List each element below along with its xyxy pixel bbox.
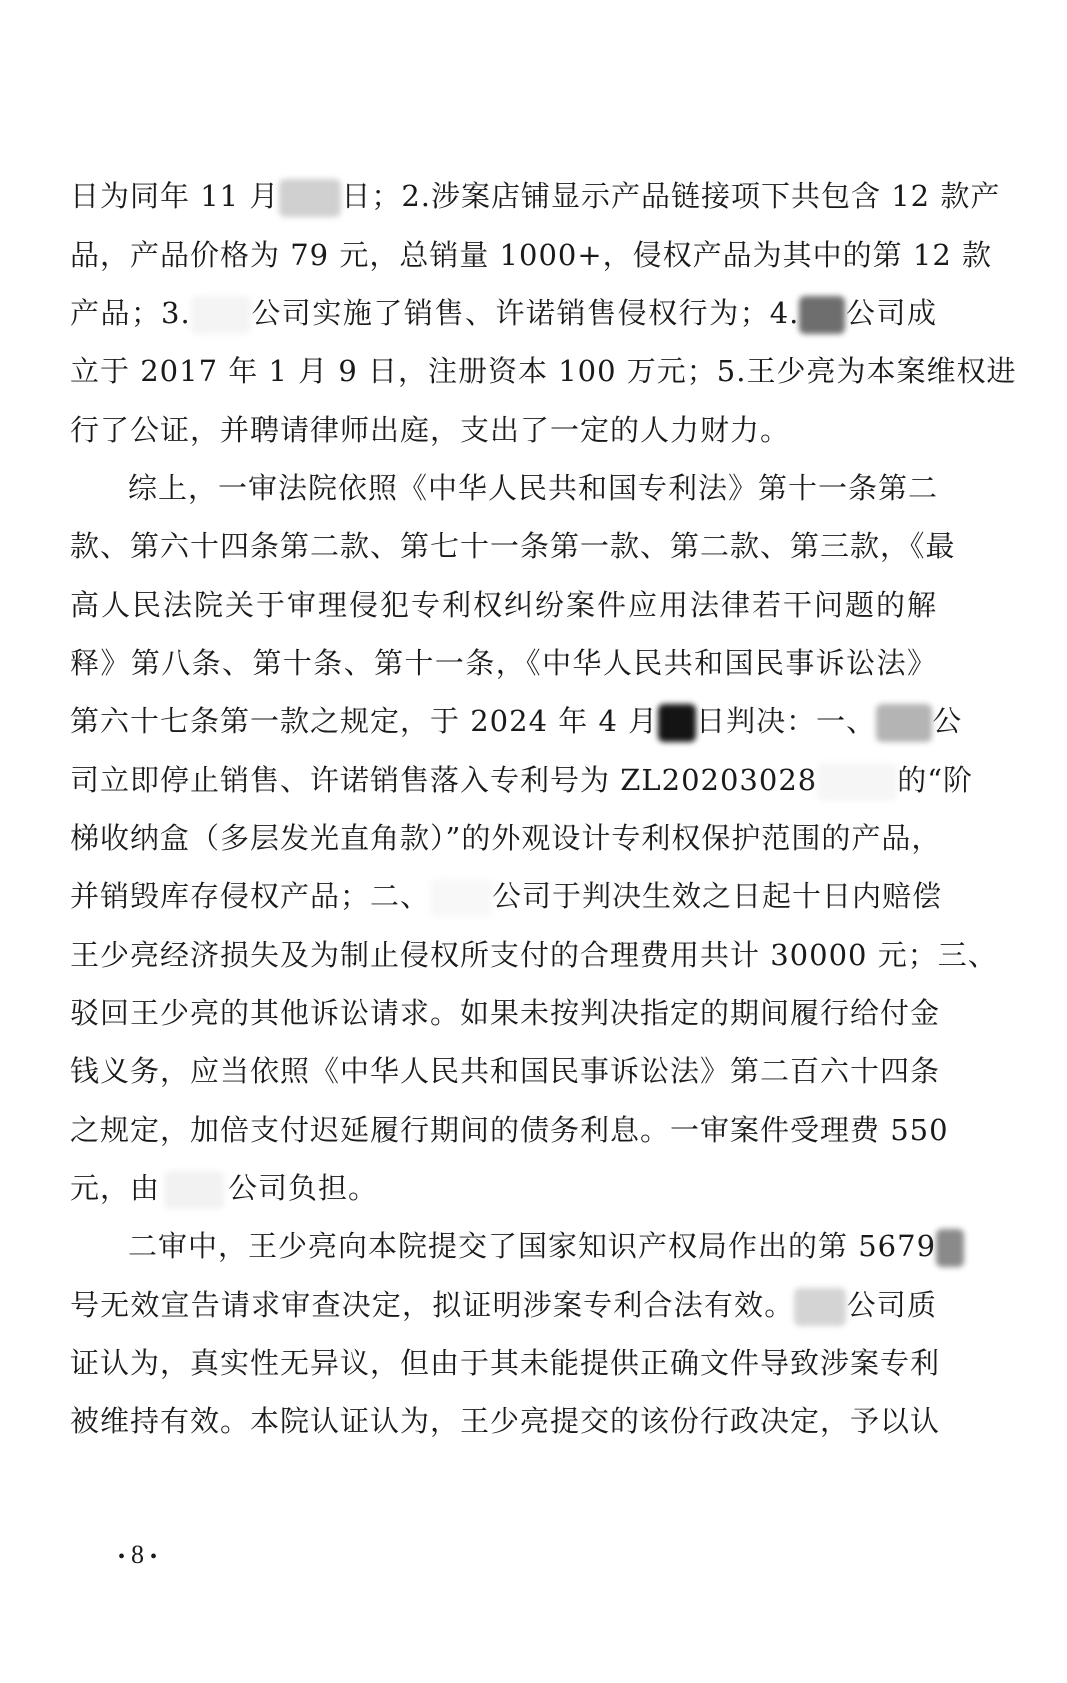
text-segment: 第六十七条第一款之规定，于 2024 年 4 月 xyxy=(70,704,658,738)
redaction-block xyxy=(876,704,932,742)
redaction-block xyxy=(191,296,251,334)
text-line: 司立即停止销售、许诺销售落入专利号为 ZL20203028的“阶 xyxy=(70,760,937,800)
redaction-block xyxy=(794,1288,846,1326)
text-line: 之规定，加倍支付迟延履行期间的债务利息。一审案件受理费 550 xyxy=(70,1110,937,1150)
text-segment: 日为同年 11 月 xyxy=(70,179,279,213)
text-segment: 的“阶 xyxy=(897,763,973,797)
redaction-block xyxy=(658,704,696,742)
redaction-block xyxy=(279,179,341,217)
bullet-dot-icon: • xyxy=(150,1546,157,1568)
document-page: 日为同年 11 月日；2.涉案店铺显示产品链接项下共包含 12 款产 品，产品价… xyxy=(0,0,1067,1683)
text-segment: 产品；3. xyxy=(70,296,191,330)
text-line: 产品；3.公司实施了销售、许诺销售侵权行为；4.公司成 xyxy=(70,293,937,333)
text-segment: 日判决：一、 xyxy=(696,704,876,738)
bullet-dot-icon: • xyxy=(118,1546,125,1568)
text-line: 行了公证，并聘请律师出庭，支出了一定的人力财力。 xyxy=(70,410,937,450)
text-segment: 公司于判决生效之日起十日内赔偿 xyxy=(492,879,942,913)
text-line: 驳回王少亮的其他诉讼请求。如果未按判决指定的期间履行给付金 xyxy=(70,993,937,1033)
text-segment: 元，由 xyxy=(70,1171,160,1205)
text-segment: 日；2.涉案店铺显示产品链接项下共包含 12 款产 xyxy=(341,179,1000,213)
text-line: 梯收纳盒（多层发光直角款）”的外观设计专利权保护范围的产品， xyxy=(70,818,937,858)
text-line: 第六十七条第一款之规定，于 2024 年 4 月日判决：一、公 xyxy=(70,701,937,741)
text-line: 王少亮经济损失及为制止侵权所支付的合理费用共计 30000 元；三、 xyxy=(70,935,937,975)
redaction-block xyxy=(164,1171,224,1209)
redaction-block xyxy=(799,296,845,334)
text-line: 号无效宣告请求审查决定，拟证明涉案专利合法有效。公司质 xyxy=(70,1285,937,1325)
page-number-value: 8 xyxy=(131,1540,144,1569)
text-line: 款、第六十四条第二款、第七十一条第一款、第二款、第三款，《最 xyxy=(70,526,937,566)
text-line: 日为同年 11 月日；2.涉案店铺显示产品链接项下共包含 12 款产 xyxy=(70,176,937,216)
text-segment: 号无效宣告请求审查决定，拟证明涉案专利合法有效。 xyxy=(70,1288,794,1322)
paragraph-start-line: 二审中，王少亮向本院提交了国家知识产权局作出的第 5679 xyxy=(128,1226,937,1266)
text-line: 释》第八条、第十条、第十一条，《中华人民共和国民事诉讼法》 xyxy=(70,643,937,683)
paragraph-start-line: 综上，一审法院依照《中华人民共和国专利法》第十一条第二 xyxy=(128,468,937,508)
text-segment: 公司成 xyxy=(845,296,937,330)
text-segment: 公司负担。 xyxy=(228,1171,378,1205)
text-segment: 司立即停止销售、许诺销售落入专利号为 ZL20203028 xyxy=(70,763,817,797)
text-segment: 公 xyxy=(932,704,962,738)
redaction-block xyxy=(817,763,897,801)
text-segment: 公司质 xyxy=(846,1288,937,1322)
page-number: •8• xyxy=(112,1538,163,1574)
text-line: 证认为，真实性无异议，但由于其未能提供正确文件导致涉案专利 xyxy=(70,1343,937,1383)
redaction-block xyxy=(430,879,492,917)
text-segment: 并销毁库存侵权产品；二、 xyxy=(70,879,430,913)
text-line: 钱义务，应当依照《中华人民共和国民事诉讼法》第二百六十四条 xyxy=(70,1051,937,1091)
text-line: 品，产品价格为 79 元，总销量 1000+，侵权产品为其中的第 12 款 xyxy=(70,235,937,275)
text-line: 立于 2017 年 1 月 9 日，注册资本 100 万元；5.王少亮为本案维权… xyxy=(70,351,937,391)
redaction-block xyxy=(936,1229,964,1267)
text-segment: 公司实施了销售、许诺销售侵权行为；4. xyxy=(251,296,800,330)
text-line: 被维持有效。本院认证认为，王少亮提交的该份行政决定，予以认 xyxy=(70,1401,937,1441)
text-segment: 二审中，王少亮向本院提交了国家知识产权局作出的第 5679 xyxy=(128,1229,936,1263)
text-line: 元，由公司负担。 xyxy=(70,1168,937,1208)
text-line: 高人民法院关于审理侵犯专利权纠纷案件应用法律若干问题的解 xyxy=(70,585,937,625)
text-line: 并销毁库存侵权产品；二、公司于判决生效之日起十日内赔偿 xyxy=(70,876,937,916)
